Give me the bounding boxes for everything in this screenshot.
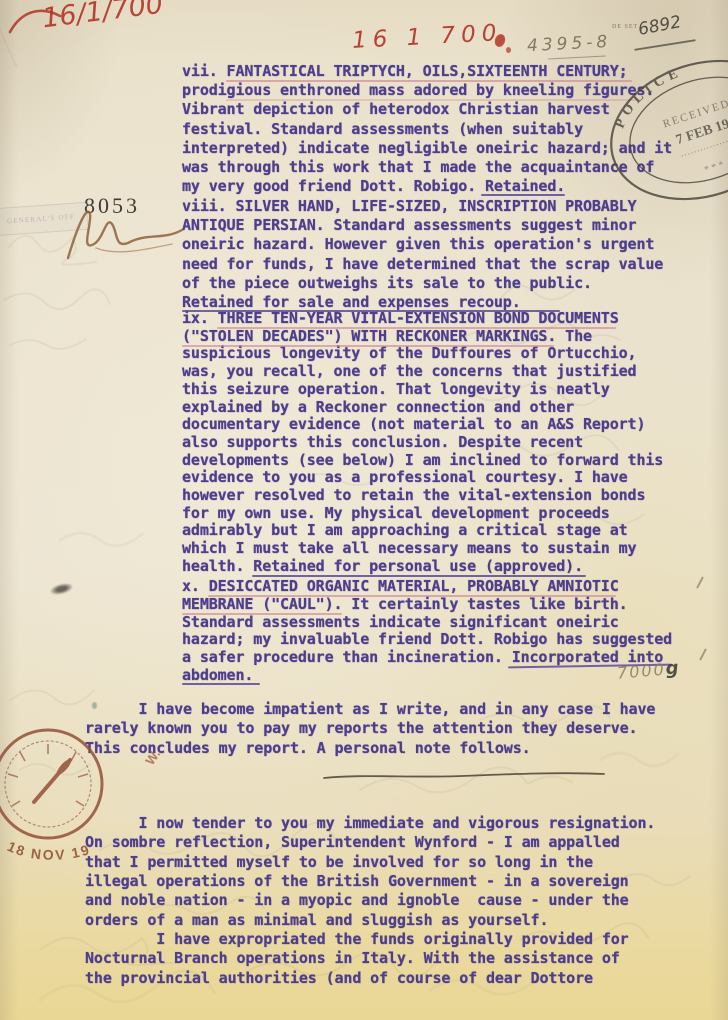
- underline-stroke: [182, 345, 554, 347]
- clock-date-stamp: POL 18 NOV 19 W.: [0, 722, 166, 872]
- text-line: I have become impatient as I write, and …: [85, 700, 655, 719]
- document-page: vii. FANTASTICAL TRIPTYCH, OILS,SIXTEENT…: [0, 0, 728, 1020]
- resignation-paragraph: I now tender to you my immediate and vig…: [85, 814, 655, 988]
- text-line: ANTIQUE PERSIAN. Standard assessments su…: [182, 216, 663, 235]
- underline-stroke: [182, 613, 342, 615]
- pencil-weight-value: 7000: [616, 660, 666, 683]
- text-line: suspicious longevity of the Duffoures of…: [182, 345, 663, 363]
- text-line: ("STOLEN DECADES") WITH RECKONER MARKING…: [182, 328, 663, 346]
- text-line: developments (see below) I am inclined t…: [182, 452, 663, 470]
- underline-stroke: [252, 575, 586, 577]
- svg-text:18 NOV 19: 18 NOV 19: [5, 838, 93, 863]
- text-line: Nocturnal Branch operations in Italy. Wi…: [85, 949, 655, 968]
- text-line: explained by a Reckoner connection and o…: [182, 399, 663, 417]
- text-line: rarely known you to pay my reports the a…: [85, 719, 655, 738]
- text-line: and noble nation - in a myopic and ignob…: [85, 891, 655, 910]
- text-line: health. Retained for personal use (appro…: [182, 558, 663, 576]
- red-ink-blot-small: [506, 47, 511, 53]
- underline-stroke: [226, 99, 640, 101]
- text-line: On sombre reflection, Superintendent Wyn…: [85, 833, 655, 852]
- underline-stroke: [481, 194, 565, 196]
- tiny-printed-label: DE SET: [612, 24, 638, 30]
- text-line: Standard assessments indicate significan…: [182, 614, 672, 632]
- text-line: oneiric hazard. However given this opera…: [182, 235, 663, 254]
- text-line: also supports this conclusion. Despite r…: [182, 434, 663, 452]
- stamp-stars: * * *: [703, 159, 725, 176]
- green-fleck: [92, 702, 97, 709]
- text-line: which I must take all necessary means to…: [182, 540, 663, 558]
- text-line: This concludes my report. A personal not…: [85, 739, 655, 758]
- text-line: I have expropriated the funds originally…: [85, 930, 655, 949]
- text-line: this seizure operation. That longevity i…: [182, 381, 663, 399]
- text-line: hazard; my invaluable friend Dott. Robig…: [182, 631, 672, 649]
- underline-stroke: [226, 80, 632, 82]
- text-line: of the piece outweighs its sale to the p…: [182, 274, 663, 293]
- text-line: documentary evidence (not material to an…: [182, 416, 663, 434]
- stamp-date-text: 18 NOV 19: [5, 838, 93, 863]
- underline-stroke: [182, 683, 260, 685]
- text-line: admirably but I am approaching a critica…: [182, 522, 663, 540]
- text-line: I now tender to you my immediate and vig…: [85, 814, 655, 833]
- underline-stroke: [217, 327, 616, 329]
- text-line: orders of a man as minimal and sluggish …: [85, 911, 655, 930]
- text-line: x. DESICCATED ORGANIC MATERIAL, PROBABLY…: [182, 578, 672, 596]
- text-line: illegal operations of the British Govern…: [85, 872, 655, 891]
- text-line: that I permitted myself to be involved f…: [85, 853, 655, 872]
- police-office-stamp: POLICE OFFICE RECEIVED 7 FEB 19 ········…: [597, 52, 728, 222]
- text-line: was, you recall, one of the concerns tha…: [182, 363, 663, 381]
- report-section-ix: ix. THREE TEN-YEAR VITAL-EXTENSION BOND …: [182, 310, 663, 576]
- closing-paragraph: I have become impatient as I write, and …: [85, 700, 655, 758]
- separator-line: [322, 768, 622, 784]
- text-line: for my own use. My physical development …: [182, 505, 663, 523]
- text-line: however resolved to retain the vital-ext…: [182, 487, 663, 505]
- report-section-viii: viii. SILVER HAND, LIFE-SIZED, INSCRIPTI…: [182, 197, 663, 312]
- pencil-weight-unit: g: [665, 657, 682, 679]
- text-line: viii. SILVER HAND, LIFE-SIZED, INSCRIPTI…: [182, 197, 663, 216]
- stamp-stray-letter: W.: [142, 747, 163, 768]
- text-line: the provincial authorities (and of cours…: [85, 969, 655, 988]
- text-line: MEMBRANE ("CAUL"). It certainly tastes l…: [182, 596, 672, 614]
- text-line: ix. THREE TEN-YEAR VITAL-EXTENSION BOND …: [182, 310, 663, 328]
- underline-stroke: [182, 310, 560, 312]
- text-line: evidence to you as a professional courte…: [182, 469, 663, 487]
- red-flourish: [8, 2, 68, 42]
- signature-mark: [60, 200, 200, 270]
- underline-stroke: [208, 595, 616, 597]
- text-line: need for funds, I have determined that t…: [182, 255, 663, 274]
